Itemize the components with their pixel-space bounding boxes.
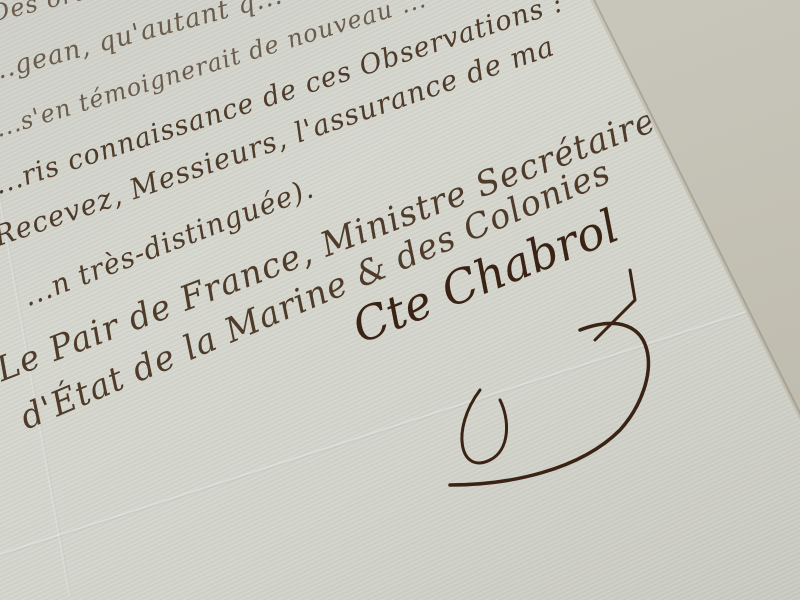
signature-flourish-icon — [430, 260, 670, 490]
letter-photograph: Des ordres, ... ...gean, qu'autant q... … — [0, 0, 800, 600]
